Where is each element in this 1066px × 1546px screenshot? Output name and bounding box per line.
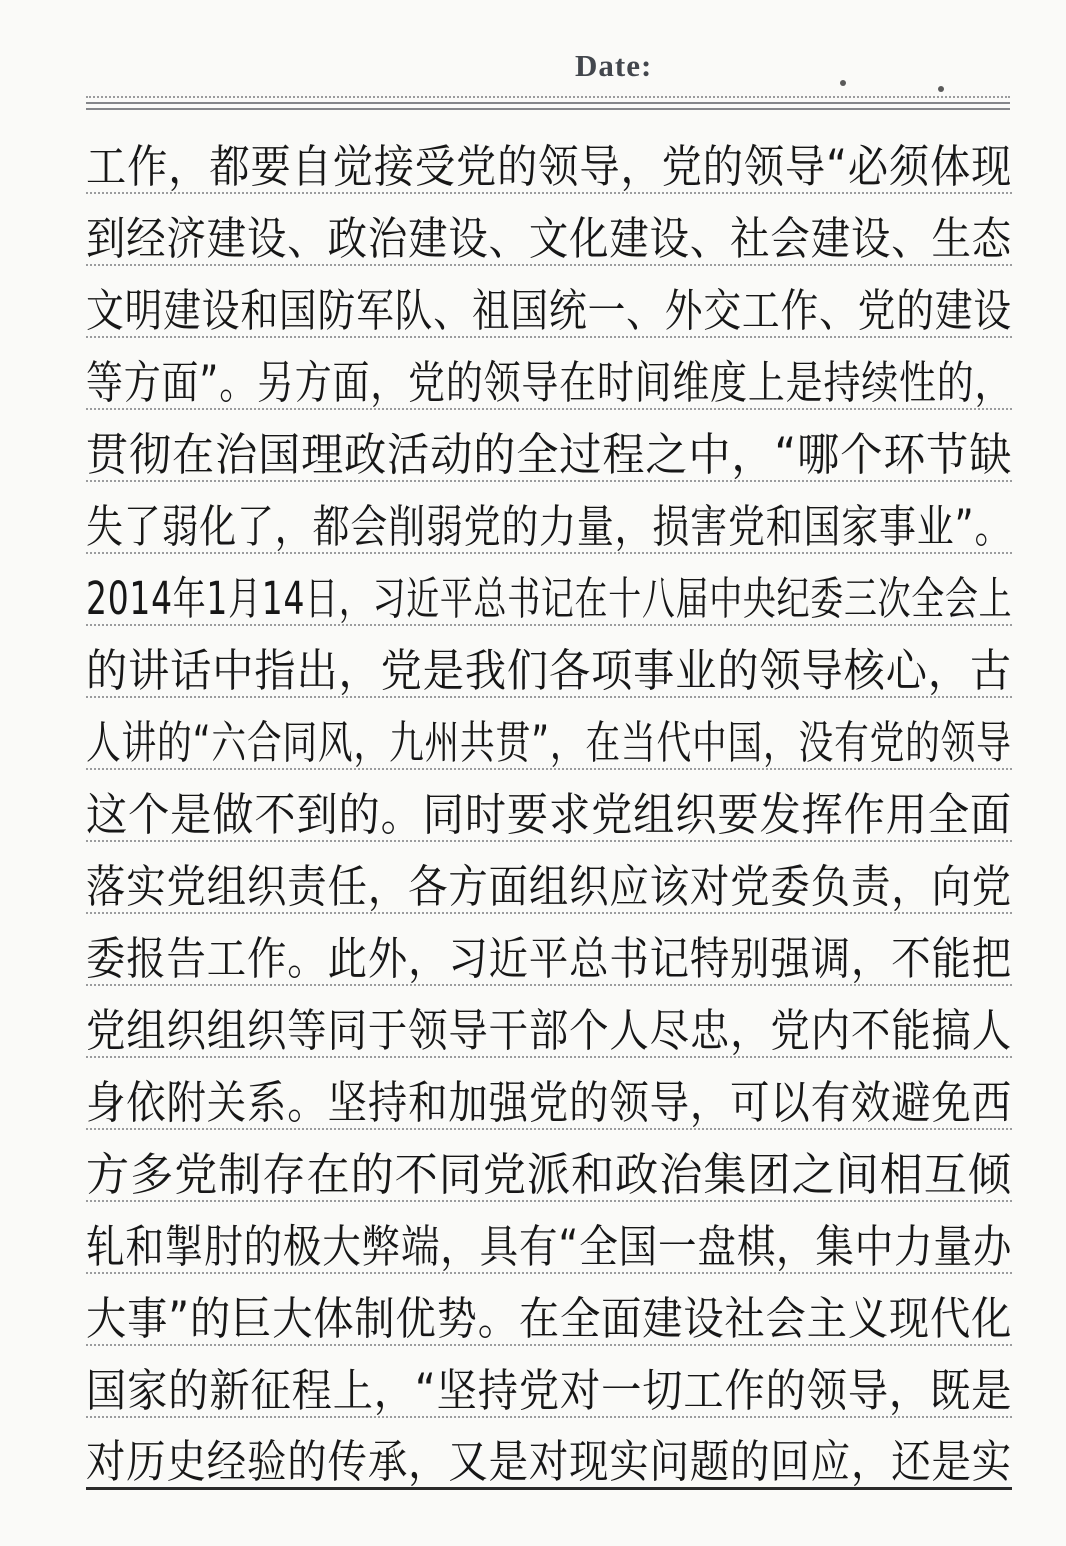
date-separator-dot — [938, 86, 944, 92]
handwritten-text: 方多党制存在的不同党派和政治集团之间相互倾 — [86, 1150, 1012, 1201]
handwritten-text: 大事”的巨大体制优势。在全面建设社会主义现代化 — [86, 1294, 1012, 1345]
handwritten-text: 轧和掣肘的极大弊端，具有“全国一盘棋，集中力量办 — [86, 1222, 1012, 1273]
date-label: Date: — [575, 48, 652, 84]
handwritten-text: 的讲话中指出，党是我们各项事业的领导核心，古 — [86, 646, 1012, 697]
handwritten-text: 文明建设和国防军队、祖国统一、外交工作、党的建设 — [86, 286, 1012, 337]
handwritten-line: 大事”的巨大体制优势。在全面建设社会主义现代化 — [86, 1274, 1012, 1346]
handwritten-text: 等方面”。另方面，党的领导在时间维度上是持续性的， — [86, 358, 1012, 409]
handwritten-line: 等方面”。另方面，党的领导在时间维度上是持续性的， — [86, 338, 1012, 410]
handwritten-line: 对历史经验的传承，又是对现实问题的回应，还是实 — [86, 1418, 1012, 1490]
handwritten-line: 的讲话中指出，党是我们各项事业的领导核心，古 — [86, 626, 1012, 698]
header-rule — [86, 96, 1010, 110]
handwritten-text: 委报告工作。此外，习近平总书记特别强调，不能把 — [86, 934, 1012, 985]
handwritten-text: 失了弱化了，都会削弱党的力量，损害党和国家事业”。 — [86, 502, 1012, 553]
handwritten-text: 2014年1月14日，习近平总书记在十八届中央纪委三次全会上 — [86, 574, 1012, 625]
handwritten-line: 党组织组织等同于领导干部个人尽忠，党内不能搞人 — [86, 986, 1012, 1058]
notebook-page: Date: 工作，都要自觉接受党的领导，党的领导“必须体现到经济建设、政治建设、… — [0, 0, 1066, 1546]
handwritten-text: 对历史经验的传承，又是对现实问题的回应，还是实 — [86, 1437, 1012, 1488]
handwritten-text: 身依附关系。坚持和加强党的领导，可以有效避免西 — [86, 1078, 1012, 1129]
handwriting-area: 工作，都要自觉接受党的领导，党的领导“必须体现到经济建设、政治建设、文化建设、社… — [86, 122, 1012, 1490]
handwritten-text: 到经济建设、政治建设、文化建设、社会建设、生态 — [86, 214, 1012, 265]
handwritten-line: 工作，都要自觉接受党的领导，党的领导“必须体现 — [86, 122, 1012, 194]
handwritten-line: 委报告工作。此外，习近平总书记特别强调，不能把 — [86, 914, 1012, 986]
handwritten-text: 工作，都要自觉接受党的领导，党的领导“必须体现 — [86, 142, 1012, 193]
handwritten-line: 这个是做不到的。同时要求党组织要发挥作用全面 — [86, 770, 1012, 842]
handwritten-line: 落实党组织责任，各方面组织应该对党委负责，向党 — [86, 842, 1012, 914]
handwritten-text: 党组织组织等同于领导干部个人尽忠，党内不能搞人 — [86, 1006, 1012, 1057]
handwritten-line: 失了弱化了，都会削弱党的力量，损害党和国家事业”。 — [86, 482, 1012, 554]
handwritten-line: 到经济建设、政治建设、文化建设、社会建设、生态 — [86, 194, 1012, 266]
handwritten-line: 方多党制存在的不同党派和政治集团之间相互倾 — [86, 1130, 1012, 1202]
header-dotted-line — [86, 96, 1010, 98]
handwritten-text: 落实党组织责任，各方面组织应该对党委负责，向党 — [86, 862, 1012, 913]
handwritten-line: 身依附关系。坚持和加强党的领导，可以有效避免西 — [86, 1058, 1012, 1130]
handwritten-line: 国家的新征程上，“坚持党对一切工作的领导，既是 — [86, 1346, 1012, 1418]
handwritten-line: 轧和掣肘的极大弊端，具有“全国一盘棋，集中力量办 — [86, 1202, 1012, 1274]
handwritten-text: 贯彻在治国理政活动的全过程之中，“哪个环节缺 — [86, 430, 1012, 481]
handwritten-line: 贯彻在治国理政活动的全过程之中，“哪个环节缺 — [86, 410, 1012, 482]
handwritten-text: 人讲的“六合同风，九州共贯”，在当代中国，没有党的领导 — [86, 718, 1012, 769]
date-separator-dot — [840, 80, 846, 86]
handwritten-line: 文明建设和国防军队、祖国统一、外交工作、党的建设 — [86, 266, 1012, 338]
handwritten-text: 这个是做不到的。同时要求党组织要发挥作用全面 — [86, 790, 1012, 841]
handwritten-text: 国家的新征程上，“坚持党对一切工作的领导，既是 — [86, 1366, 1012, 1417]
handwritten-line: 2014年1月14日，习近平总书记在十八届中央纪委三次全会上 — [86, 554, 1012, 626]
header-double-line — [86, 102, 1010, 110]
handwritten-line: 人讲的“六合同风，九州共贯”，在当代中国，没有党的领导 — [86, 698, 1012, 770]
